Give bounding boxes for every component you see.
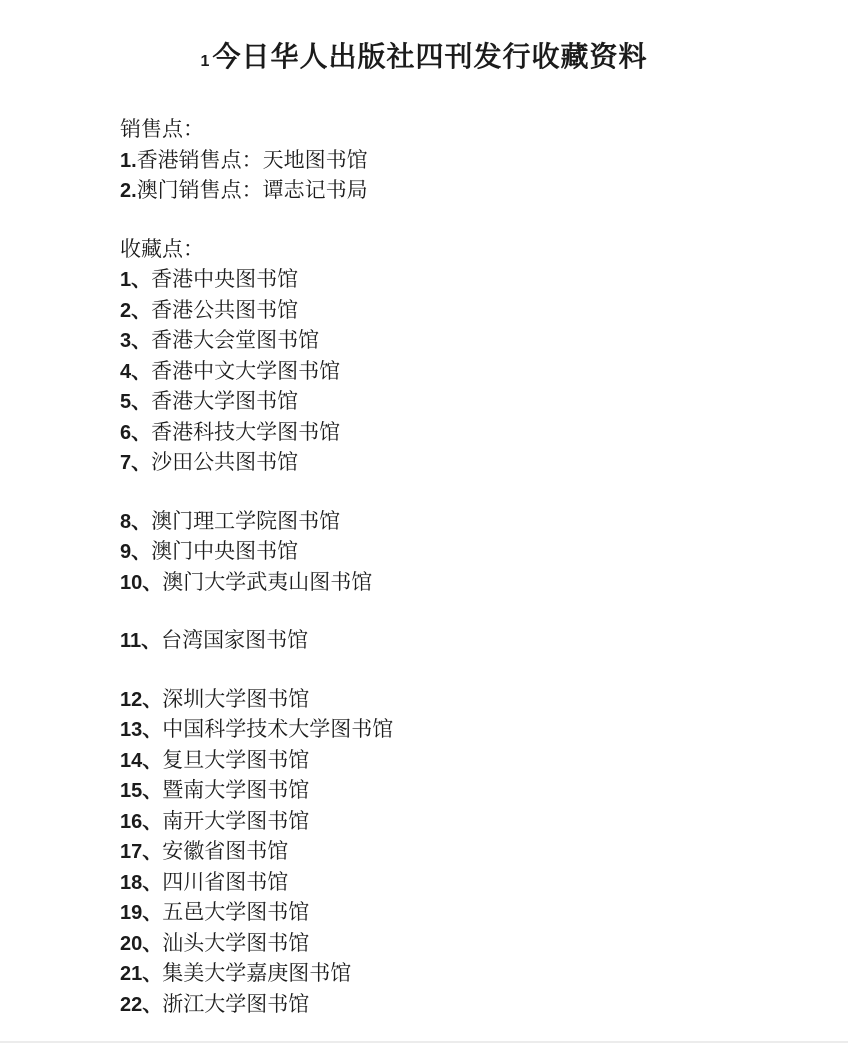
list-item: 2.澳门销售点：谭志记书局 <box>120 176 848 207</box>
item-number: 12、 <box>120 689 162 711</box>
item-number: 2、 <box>120 300 151 322</box>
list-item: 19、五邑大学图书馆 <box>120 898 848 929</box>
item-number: 21、 <box>120 963 162 985</box>
item-text: 中国科学技术大学图书馆 <box>162 718 393 741</box>
collection-section: 收藏点： 1、香港中央图书馆 2、香港公共图书馆 3、香港大会堂图书馆 4、香港… <box>120 235 848 479</box>
item-text: 复旦大学图书馆 <box>162 749 309 772</box>
item-number: 16、 <box>120 811 162 833</box>
item-text: 台湾国家图书馆 <box>161 629 308 652</box>
item-text: 香港中央图书馆 <box>151 268 298 291</box>
list-item: 16、南开大学图书馆 <box>120 807 848 838</box>
item-number: 17、 <box>120 841 162 863</box>
collection-group-mainland: 12、深圳大学图书馆 13、中国科学技术大学图书馆 14、复旦大学图书馆 15、… <box>120 685 848 1021</box>
item-text: 南开大学图书馆 <box>162 810 309 833</box>
item-text: 澳门大学武夷山图书馆 <box>162 571 372 594</box>
list-item: 13、中国科学技术大学图书馆 <box>120 715 848 746</box>
document-page: 1今日华人出版社四刊发行收藏资料 销售点： 1.香港销售点：天地图书馆 2.澳门… <box>0 0 848 1044</box>
list-item: 12、深圳大学图书馆 <box>120 685 848 716</box>
title-prefix: 1 <box>201 53 210 70</box>
list-item: 6、香港科技大学图书馆 <box>120 418 848 449</box>
list-item: 20、汕头大学图书馆 <box>120 929 848 960</box>
list-item: 10、澳门大学武夷山图书馆 <box>120 568 848 599</box>
item-number: 18、 <box>120 872 162 894</box>
item-number: 14、 <box>120 750 162 772</box>
list-item: 7、沙田公共图书馆 <box>120 448 848 479</box>
item-number: 13、 <box>120 719 162 741</box>
page-title: 今日华人出版社四刊发行收藏资料 <box>212 41 647 72</box>
item-text: 澳门中央图书馆 <box>151 540 298 563</box>
item-text: 浙江大学图书馆 <box>162 993 309 1016</box>
list-item: 5、香港大学图书馆 <box>120 387 848 418</box>
item-number: 10、 <box>120 572 162 594</box>
item-text: 香港销售点：天地图书馆 <box>137 149 368 172</box>
list-item: 1.香港销售点：天地图书馆 <box>120 146 848 177</box>
item-number: 5、 <box>120 391 151 413</box>
list-item: 22、浙江大学图书馆 <box>120 990 848 1021</box>
item-text: 集美大学嘉庚图书馆 <box>162 962 351 985</box>
item-number: 15、 <box>120 780 162 802</box>
item-number: 4、 <box>120 361 151 383</box>
item-text: 香港大会堂图书馆 <box>151 329 319 352</box>
item-number: 2. <box>120 180 137 202</box>
list-item: 17、安徽省图书馆 <box>120 837 848 868</box>
item-text: 汕头大学图书馆 <box>162 932 309 955</box>
sales-heading: 销售点： <box>120 115 848 146</box>
item-number: 8、 <box>120 511 151 533</box>
list-item: 15、暨南大学图书馆 <box>120 776 848 807</box>
item-number: 7、 <box>120 452 151 474</box>
item-number: 11、 <box>120 630 161 652</box>
sales-section: 销售点： 1.香港销售点：天地图书馆 2.澳门销售点：谭志记书局 <box>120 115 848 207</box>
list-item: 3、香港大会堂图书馆 <box>120 326 848 357</box>
list-item: 14、复旦大学图书馆 <box>120 746 848 777</box>
item-number: 20、 <box>120 933 162 955</box>
list-item: 2、香港公共图书馆 <box>120 296 848 327</box>
title-row: 1今日华人出版社四刊发行收藏资料 <box>0 0 848 79</box>
item-number: 9、 <box>120 541 151 563</box>
list-item: 21、集美大学嘉庚图书馆 <box>120 959 848 990</box>
list-item: 18、四川省图书馆 <box>120 868 848 899</box>
item-text: 香港大学图书馆 <box>151 390 298 413</box>
item-text: 五邑大学图书馆 <box>162 901 309 924</box>
list-item: 8、澳门理工学院图书馆 <box>120 507 848 538</box>
item-text: 深圳大学图书馆 <box>162 688 309 711</box>
item-text: 沙田公共图书馆 <box>151 451 298 474</box>
item-text: 香港中文大学图书馆 <box>151 360 340 383</box>
item-text: 四川省图书馆 <box>162 871 288 894</box>
item-number: 6、 <box>120 422 151 444</box>
list-item: 4、香港中文大学图书馆 <box>120 357 848 388</box>
item-number: 19、 <box>120 902 162 924</box>
collection-group-macau: 8、澳门理工学院图书馆 9、澳门中央图书馆 10、澳门大学武夷山图书馆 <box>120 507 848 599</box>
item-text: 安徽省图书馆 <box>162 840 288 863</box>
item-text: 澳门理工学院图书馆 <box>151 510 340 533</box>
collection-group-taiwan: 11、台湾国家图书馆 <box>120 626 848 657</box>
item-number: 22、 <box>120 994 162 1016</box>
item-number: 3、 <box>120 330 151 352</box>
list-item: 1、香港中央图书馆 <box>120 265 848 296</box>
item-text: 香港科技大学图书馆 <box>151 421 340 444</box>
page-bottom-edge <box>0 1041 848 1043</box>
item-number: 1. <box>120 150 137 172</box>
item-number: 1、 <box>120 269 151 291</box>
item-text: 香港公共图书馆 <box>151 299 298 322</box>
item-text: 澳门销售点：谭志记书局 <box>137 179 368 202</box>
item-text: 暨南大学图书馆 <box>162 779 309 802</box>
document-content: 销售点： 1.香港销售点：天地图书馆 2.澳门销售点：谭志记书局 收藏点： 1、… <box>0 115 848 1020</box>
collection-heading: 收藏点： <box>120 235 848 266</box>
list-item: 9、澳门中央图书馆 <box>120 537 848 568</box>
list-item: 11、台湾国家图书馆 <box>120 626 848 657</box>
